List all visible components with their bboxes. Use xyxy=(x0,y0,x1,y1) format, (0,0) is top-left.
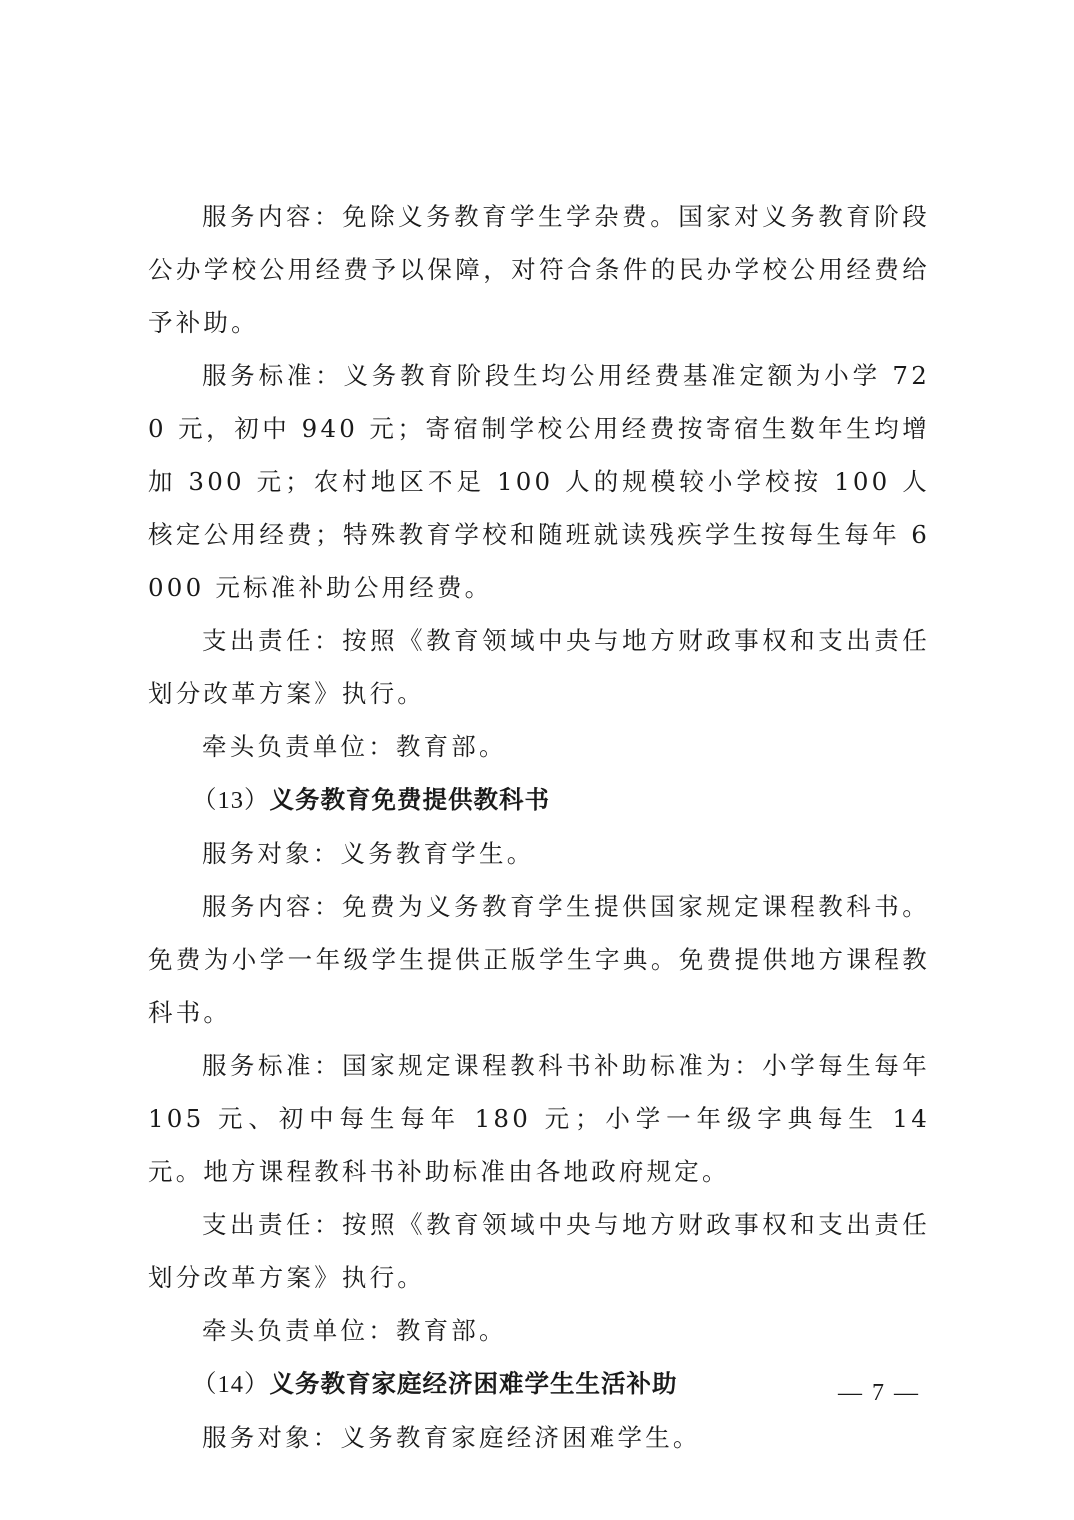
field-label: 服务内容： xyxy=(202,202,342,231)
paragraph-lead-unit: 牵头负责单位：教育部。 xyxy=(148,720,930,773)
paragraph-expenditure-responsibility: 支出责任：按照《教育领域中央与地方财政事权和支出责任划分改革方案》执行。 xyxy=(148,614,930,720)
field-label: 牵头负责单位： xyxy=(202,1316,396,1345)
field-label: 牵头负责单位： xyxy=(202,732,396,761)
field-text: 义务教育阶段生均公用经费基准定额为小学 720 元，初中 940 元；寄宿制学校… xyxy=(148,361,930,602)
document-page: 服务内容：免除义务教育学生学杂费。国家对义务教育阶段公办学校公用经费予以保障，对… xyxy=(148,190,930,1464)
section-heading-14: （14）义务教育家庭经济困难学生生活补助 xyxy=(148,1357,930,1411)
paragraph-service-content: 服务内容：免费为义务教育学生提供国家规定课程教科书。免费为小学一年级学生提供正版… xyxy=(148,880,930,1039)
field-text: 教育部。 xyxy=(396,732,507,761)
field-text: 义务教育家庭经济困难学生。 xyxy=(341,1423,701,1452)
section-number: （14） xyxy=(192,1371,270,1398)
field-label: 服务对象： xyxy=(202,1423,341,1452)
paragraph-service-target: 服务对象：义务教育学生。 xyxy=(148,827,930,880)
section-title: 义务教育免费提供教科书 xyxy=(270,785,551,814)
paragraph-service-content: 服务内容：免除义务教育学生学杂费。国家对义务教育阶段公办学校公用经费予以保障，对… xyxy=(148,190,930,349)
field-label: 服务标准： xyxy=(202,1051,342,1080)
section-number: （13） xyxy=(192,787,270,814)
paragraph-service-standard: 服务标准：义务教育阶段生均公用经费基准定额为小学 720 元，初中 940 元；… xyxy=(148,349,930,614)
paragraph-service-target: 服务对象：义务教育家庭经济困难学生。 xyxy=(148,1411,930,1464)
paragraph-service-standard: 服务标准：国家规定课程教科书补助标准为：小学每生每年 105 元、初中每生每年 … xyxy=(148,1039,930,1198)
field-text: 义务教育学生。 xyxy=(341,839,535,868)
paragraph-expenditure-responsibility: 支出责任：按照《教育领域中央与地方财政事权和支出责任划分改革方案》执行。 xyxy=(148,1198,930,1304)
field-label: 服务内容： xyxy=(202,892,342,921)
section-heading-13: （13）义务教育免费提供教科书 xyxy=(148,773,930,827)
section-title: 义务教育家庭经济困难学生生活补助 xyxy=(270,1369,678,1398)
field-label: 支出责任： xyxy=(202,626,342,655)
field-label: 服务标准： xyxy=(202,361,343,390)
page-number: — 7 — xyxy=(838,1380,920,1407)
field-label: 支出责任： xyxy=(202,1210,342,1239)
paragraph-lead-unit: 牵头负责单位：教育部。 xyxy=(148,1304,930,1357)
field-label: 服务对象： xyxy=(202,839,341,868)
field-text: 教育部。 xyxy=(396,1316,507,1345)
